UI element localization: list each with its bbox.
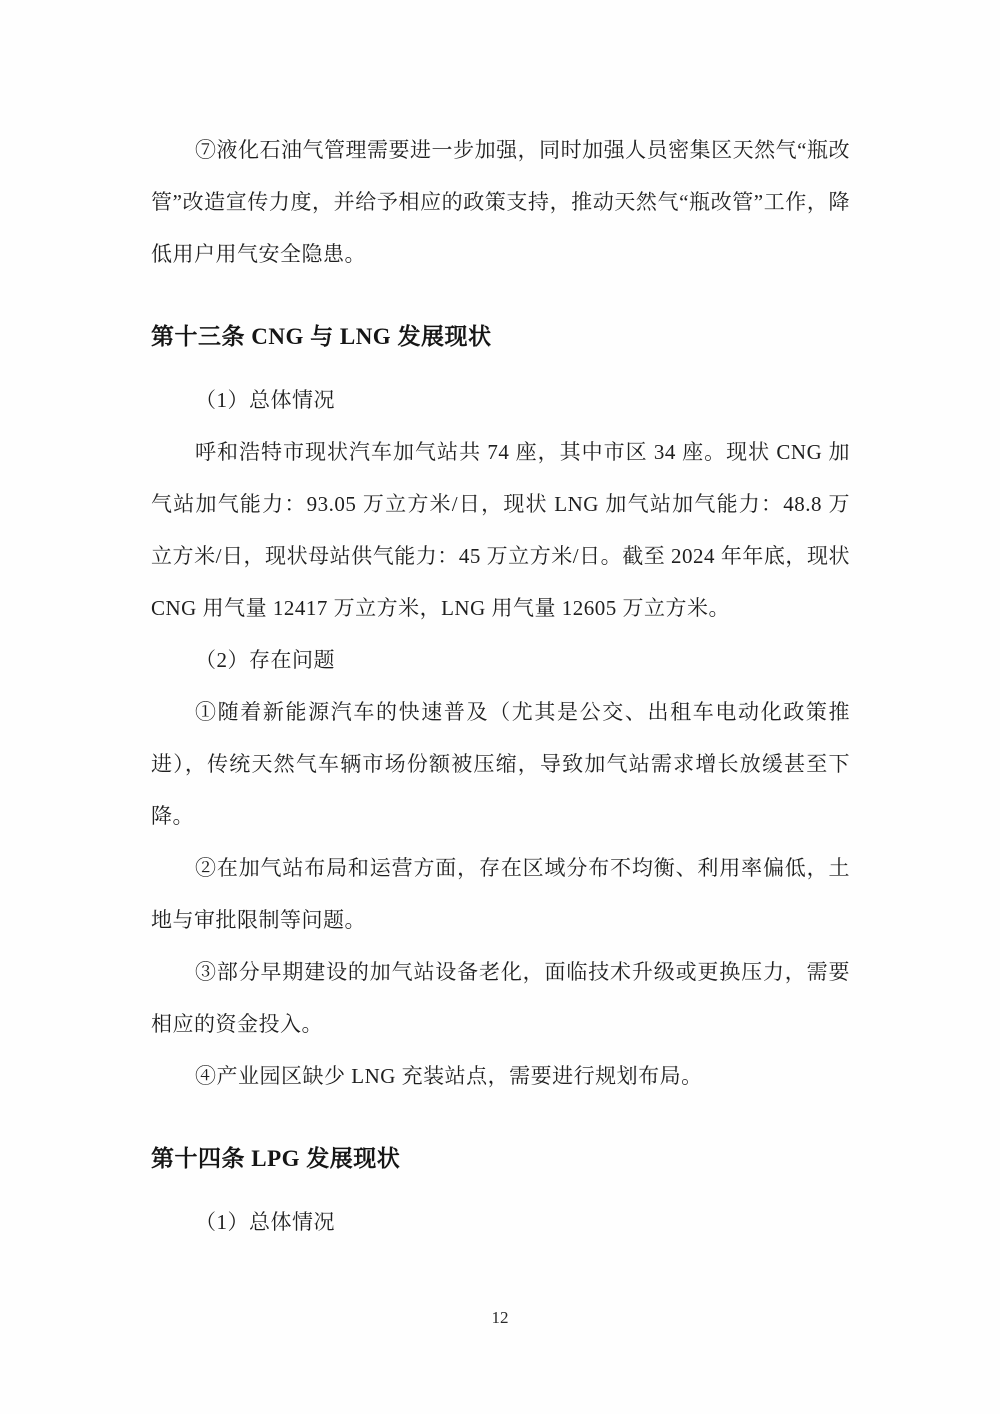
para-bottled-gas-reform: ⑦液化石油气管理需要进一步加强，同时加强人员密集区天然气“瓶改管”改造宣传力度，… <box>151 124 850 280</box>
para-cng-lng-statistics: 呼和浩特市现状汽车加气站共 74 座，其中市区 34 座。现状 CNG 加气站加… <box>151 426 850 634</box>
para-problem-2-station-layout: ②在加气站布局和运营方面，存在区域分布不均衡、利用率偏低，土地与审批限制等问题。 <box>151 842 850 946</box>
para-problem-4-lng-filling-stations: ④产业园区缺少 LNG 充装站点，需要进行规划布局。 <box>151 1050 850 1102</box>
subheading-problems-cng-lng: （2）存在问题 <box>151 634 850 686</box>
subheading-overview-cng-lng: （1）总体情况 <box>151 374 850 426</box>
document-page: ⑦液化石油气管理需要进一步加强，同时加强人员密集区天然气“瓶改管”改造宣传力度，… <box>0 0 1000 1414</box>
para-problem-1-ev-adoption: ①随着新能源汽车的快速普及（尤其是公交、出租车电动化政策推进），传统天然气车辆市… <box>151 686 850 842</box>
subheading-overview-lpg: （1）总体情况 <box>151 1196 850 1248</box>
heading-article-14-lpg: 第十四条 LPG 发展现状 <box>151 1132 850 1186</box>
para-problem-3-aging-equipment: ③部分早期建设的加气站设备老化，面临技术升级或更换压力，需要相应的资金投入。 <box>151 946 850 1050</box>
page-number: 12 <box>0 1308 1000 1328</box>
document-body: ⑦液化石油气管理需要进一步加强，同时加强人员密集区天然气“瓶改管”改造宣传力度，… <box>151 124 850 1248</box>
heading-article-13-cng-lng: 第十三条 CNG 与 LNG 发展现状 <box>151 310 850 364</box>
